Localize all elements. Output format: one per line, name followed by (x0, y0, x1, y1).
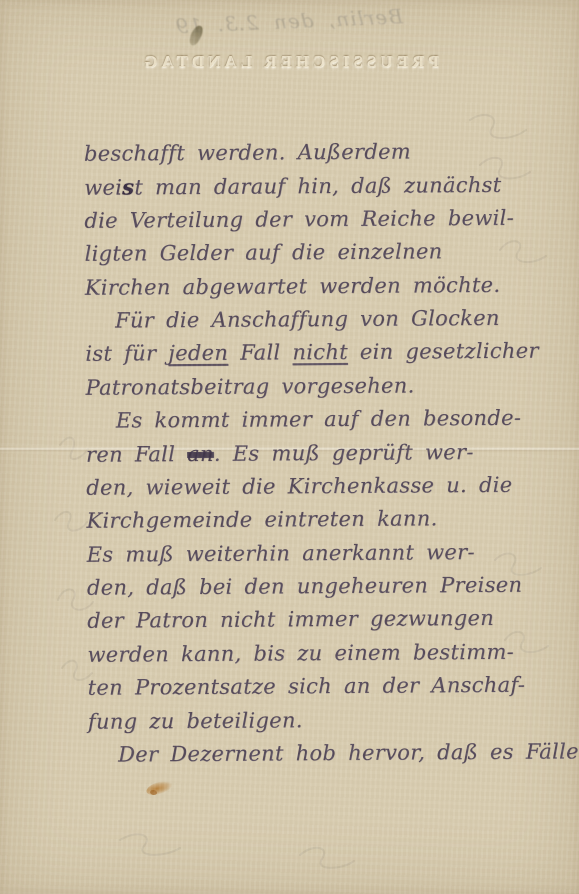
manuscript-line: Es kommt immer auf den besonde- (86, 401, 579, 438)
manuscript-line: Kirchen abgewartet werden möchte. (85, 268, 579, 305)
handwriting-text: Für die Anschaffung von Glocken (115, 306, 500, 333)
manuscript-line: den, daß bei den ungeheuren Preisen (87, 568, 579, 605)
manuscript-line: Der Dezernent hob hervor, daß es Fälle (88, 735, 579, 772)
handwriting-text: beschafft werden. Außerdem (84, 139, 411, 165)
manuscript-line: die Verteilung der vom Reiche bewil- (84, 201, 579, 238)
handwriting-text: ist für (85, 342, 168, 367)
handwriting-text: t man darauf hin, daß zunächst (134, 173, 501, 200)
manuscript-line: fung zu beteiligen. (88, 702, 579, 739)
manuscript-line: ren Fall an. Es muß geprüft wer- (86, 435, 579, 472)
manuscript-line: der Patron nicht immer gezwungen (87, 602, 579, 639)
handwriting-text: ligten Gelder auf die einzelnen (85, 239, 443, 265)
rust-stain (145, 779, 173, 797)
manuscript-line: Für die Anschaffung von Glocken (85, 301, 579, 338)
embossed-letterhead: PREUSSISCHER LANDTAG (0, 52, 579, 72)
handwriting-text: . Es muß geprüft wer- (214, 440, 474, 466)
handwriting-text: Kirchgemeinde eintreten kann. (86, 507, 437, 533)
corrected-letter: s (122, 175, 134, 200)
handwriting-text: Es muß weiterhin anerkannt wer- (87, 540, 475, 567)
manuscript-line: weist man darauf hin, daß zunächst (84, 168, 579, 205)
manuscript-line: ist für jeden Fall nicht ein gesetzliche… (85, 335, 579, 372)
letterhead-text: PREUSSISCHER LANDTAG (140, 52, 438, 72)
manuscript-line: Es muß weiterhin anerkannt wer- (87, 535, 579, 572)
letter-page: Berlin, den 2.3. 19 PREUSSISCHER LANDTAG… (0, 0, 579, 894)
manuscript-line: ten Prozentsatze sich an der Anschaf- (88, 668, 579, 705)
manuscript-line: beschafft werden. Außerdem (84, 134, 579, 171)
handwriting-text: Der Dezernent hob hervor, daß es Fälle (118, 739, 579, 766)
manuscript-line: werden kann, bis zu einem bestimm- (87, 635, 579, 672)
struck-word: an (187, 441, 214, 465)
handwriting-text: fung zu beteiligen. (88, 708, 303, 733)
underlined-word: nicht (292, 340, 348, 364)
handwriting-text: Patronatsbeitrag vorgesehen. (85, 373, 414, 399)
bleed-through-date: Berlin, den 2.3. 19 (138, 4, 404, 40)
handwriting-text: die Verteilung der vom Reiche bewil- (84, 206, 514, 233)
handwriting-text: Kirchen abgewartet werden möchte. (85, 272, 501, 299)
handwriting-text: den, wieweit die Kirchenkasse u. die (86, 473, 512, 500)
handwriting-text: wei (84, 176, 122, 200)
manuscript: beschafft werden. Außerdemweist man dara… (84, 134, 579, 772)
handwriting-text: ten Prozentsatze sich an der Anschaf- (88, 673, 526, 700)
handwriting-text: werden kann, bis zu einem bestimm- (87, 640, 514, 667)
underlined-word: jeden (168, 341, 228, 365)
handwriting-text: den, daß bei den ungeheuren Preisen (87, 573, 523, 600)
handwriting-text: ren Fall (86, 442, 187, 467)
manuscript-line: Kirchgemeinde eintreten kann. (86, 502, 579, 539)
handwriting-text: ein gesetzlicher (348, 339, 539, 364)
handwriting-text: Es kommt immer auf den besonde- (116, 406, 522, 433)
manuscript-line: den, wieweit die Kirchenkasse u. die (86, 468, 579, 505)
manuscript-line: ligten Gelder auf die einzelnen (84, 234, 579, 271)
manuscript-line: Patronatsbeitrag vorgesehen. (85, 368, 579, 405)
handwriting-text: Fall (228, 341, 292, 365)
handwriting-text: der Patron nicht immer gezwungen (87, 606, 494, 633)
